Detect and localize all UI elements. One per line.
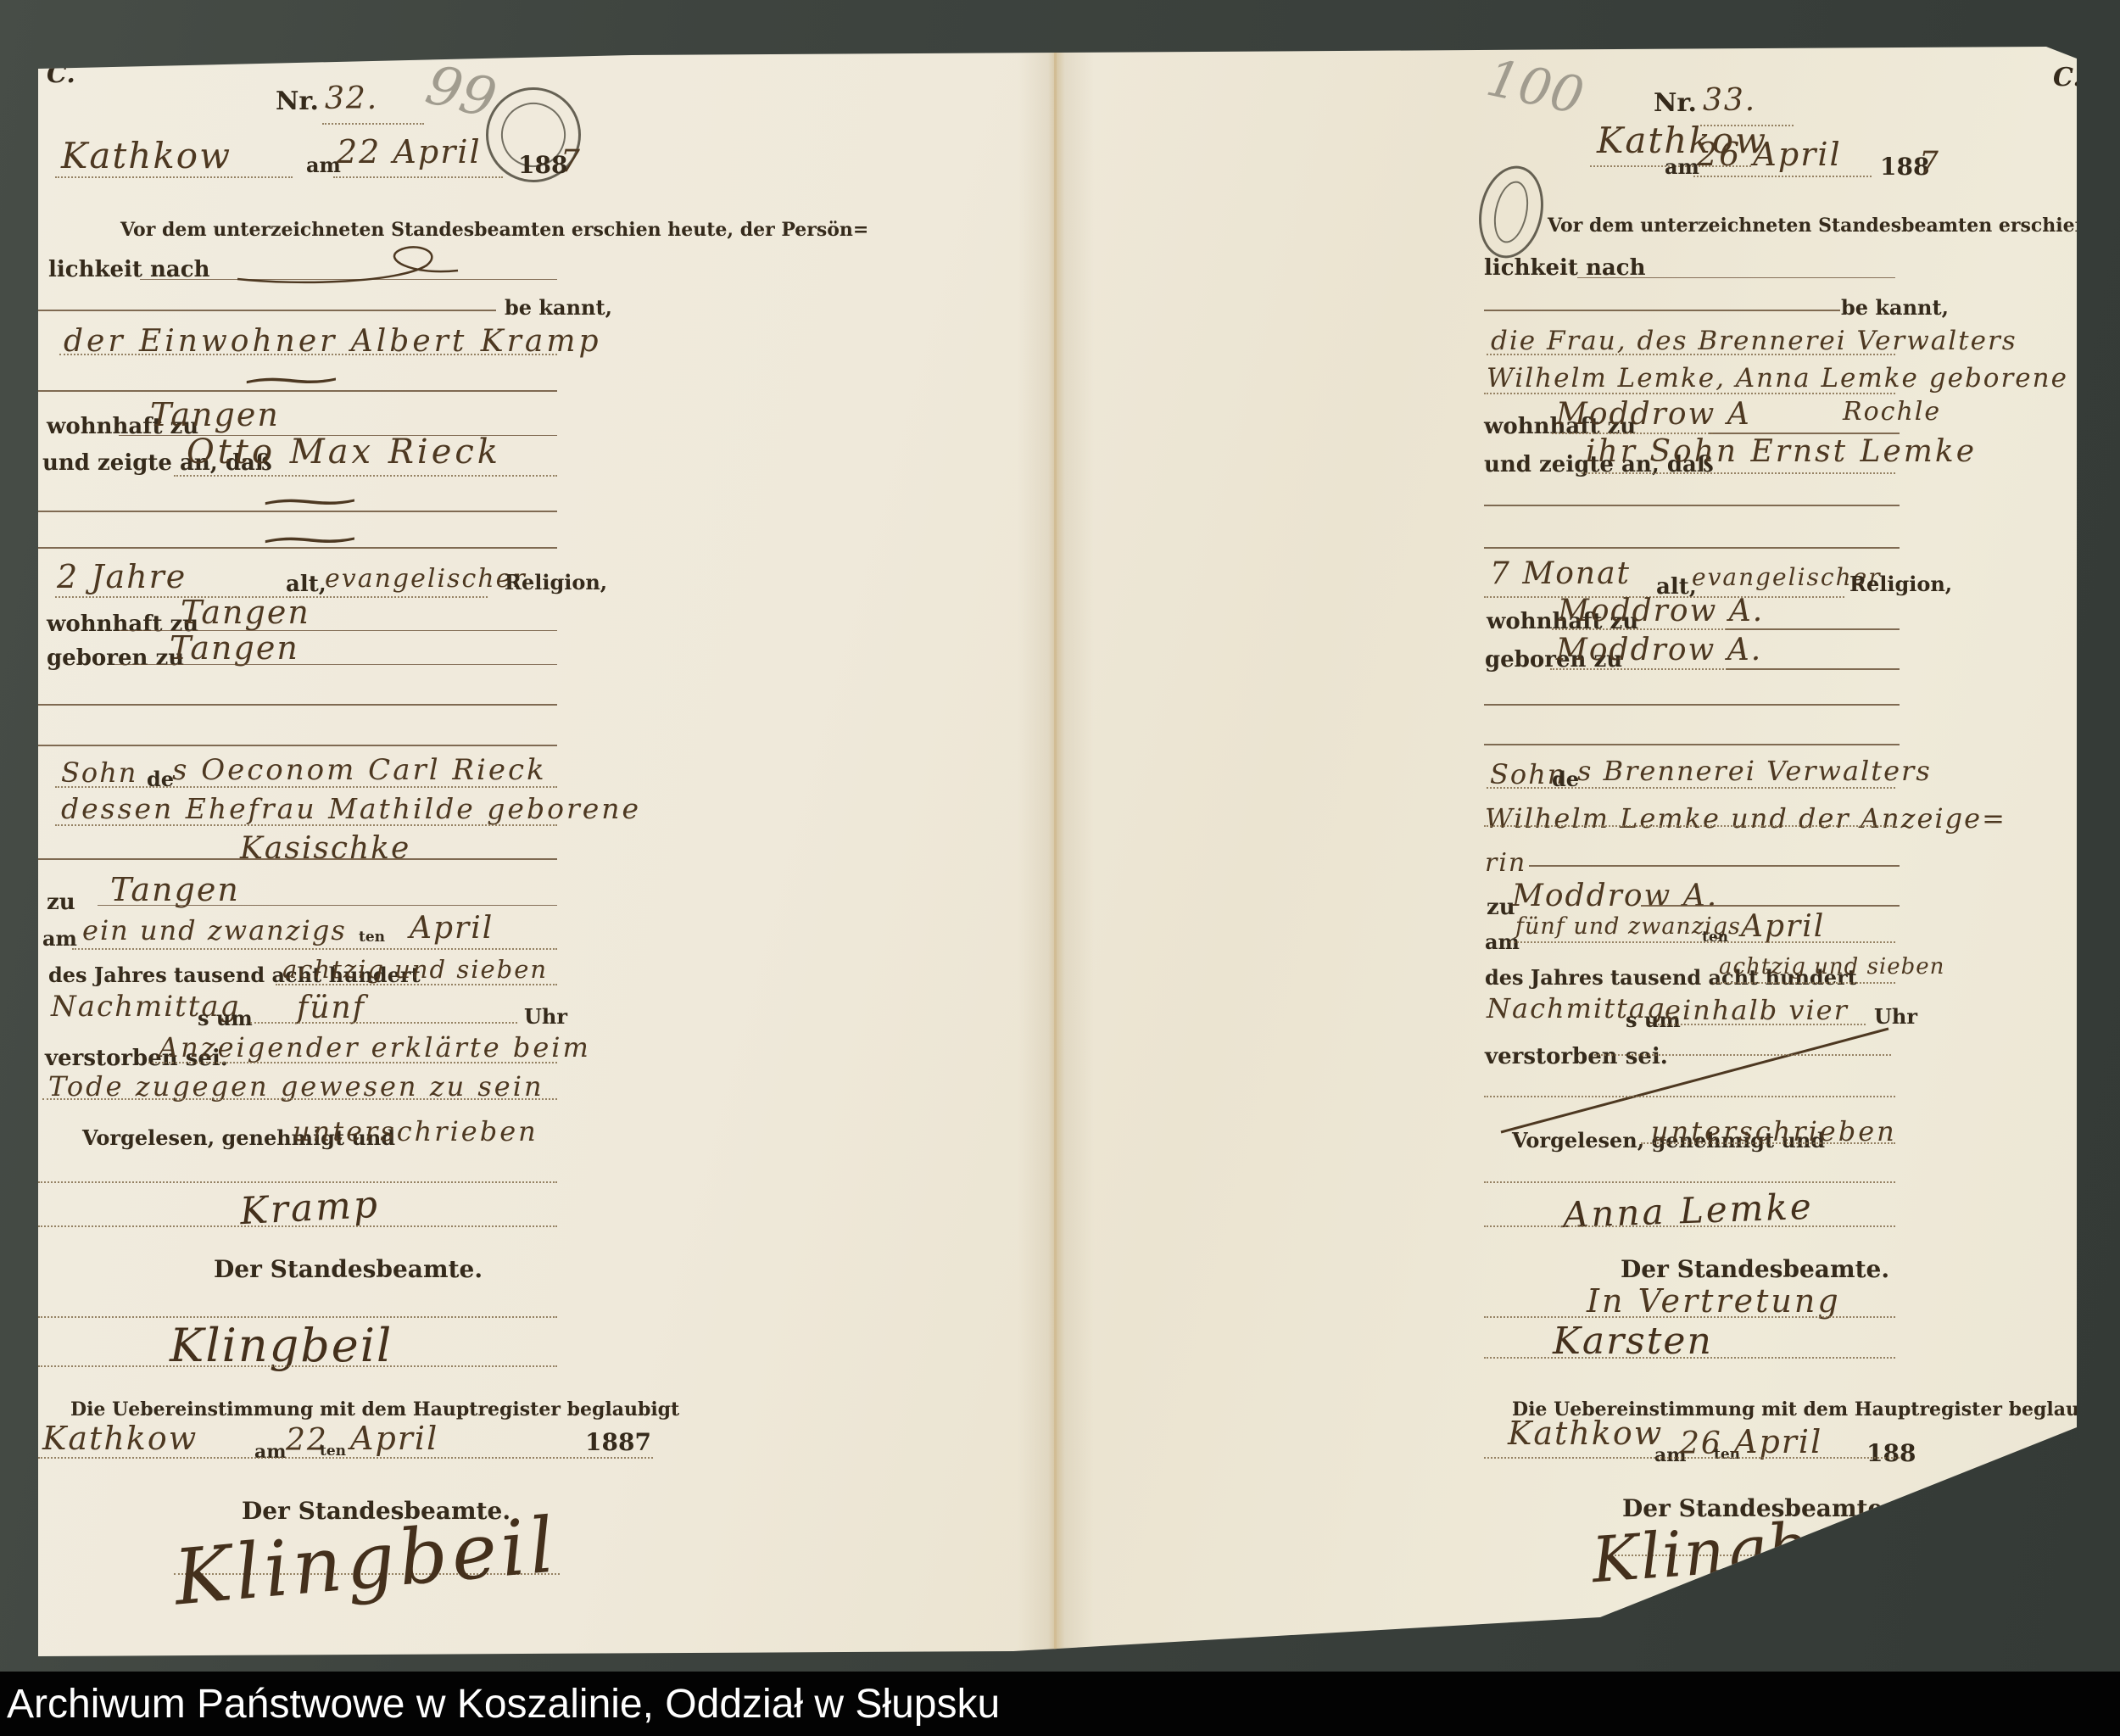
form-rule [1529,865,1900,867]
form-rule [1484,1181,1895,1183]
record-number-label: Nr. [1654,91,1697,116]
archive-caption-bar: Archiwum Państwowe w Koszalinie, Oddział… [0,1672,2120,1736]
registrar-signature: Karsten [1553,1323,1713,1360]
page-corner-letter: C. [2053,65,2082,91]
intro-line-2: lichkeit nach [1484,257,1645,279]
form-rule [1713,982,1895,984]
entry-date: 26 April [1697,138,1842,170]
uhr-label: Uhr [1874,1007,1917,1027]
form-rule [1509,941,1895,943]
form-rule [1484,505,1900,506]
form-rule [1484,1357,1895,1359]
kin-line-3: rin [1485,851,1526,876]
registrar-final-signature: Klingbeil [1590,1509,1894,1593]
form-rule [1484,1225,1895,1227]
form-rule [1484,547,1900,549]
verstorben-label: verstorben sei. [1485,1046,1668,1068]
form-rule [1726,668,1900,670]
declarant-line-1: die Frau, des Brennerei Verwalters [1491,328,2017,354]
certify-year: 188 [1866,1442,1916,1465]
form-rule [1693,176,1872,177]
right-page: C. 100 Nr. 33. Kathkow am 26 April 188 7… [38,47,2078,1658]
form-rule [1484,1316,1895,1318]
declarant-line-2: Wilhelm Lemke, Anna Lemke geborene [1487,366,2068,392]
kin-line-1: s Brennerei Verwalters [1577,757,1932,784]
death-year: achtzig und sieben [1719,956,1944,978]
certify-month: April [1734,1426,1822,1458]
age-value: 7 Monat [1490,559,1631,589]
kin-place: Moddrow A. [1512,881,1718,912]
form-rule [1484,825,1895,827]
form-rule [1484,1457,1900,1459]
entry-year-digit: 7 [1919,148,1940,179]
form-rule [1550,668,1730,670]
form-rule [1484,1096,1895,1097]
form-rule [1726,628,1900,630]
kin-line-2: Wilhelm Lemke und der Anzeige= [1485,805,2006,832]
record-number-value: 33. [1703,86,1756,116]
certify-place: Kathkow [1508,1417,1663,1449]
form-rule [1484,704,1900,706]
form-rule [1552,628,1730,630]
declarant-line-3: Rochle [1843,399,1941,425]
religion-label: Religion, [1849,574,1952,594]
form-rule [1594,1054,1891,1056]
am-label: am [1665,157,1699,177]
deceased-name: ihr Sohn Ernst Lemke [1586,437,1977,467]
residence2-value: Moddrow A. [1558,596,1764,627]
form-rule [1487,787,1895,789]
archivist-pencil-number: 100 [1482,53,1588,123]
form-rule [1641,1142,1895,1144]
bekannt-label: be kannt, [1841,298,1949,318]
form-rule [1658,1024,1866,1025]
registrar-label: Der Standesbeamte. [1621,1258,1889,1281]
hour-value: einhalb vier [1665,996,1849,1024]
form-rule [1577,277,1895,278]
residence-value: Moddrow A [1556,399,1751,430]
archive-caption: Archiwum Państwowe w Koszalinie, Oddział… [0,1681,1000,1728]
birthplace-value: Moddrow A. [1556,635,1762,666]
archive-stamp-icon [1470,160,1551,265]
form-rule [1484,393,1895,394]
signed-word: unterschrieben [1651,1118,1897,1145]
intro-line-1: Vor dem unterzeichneten Standesbeamten e… [1548,216,2120,235]
form-rule [1487,354,1895,355]
form-rule [1641,905,1900,907]
death-month: April [1741,912,1825,942]
deputy-note: In Vertretung [1587,1285,1841,1317]
register-spread: C. Nr. 32. 99 Kathkow am 22 April 188 7 … [38,47,2078,1658]
zu-label: zu [1487,896,1515,918]
form-rule [1484,310,1840,311]
form-rule [1484,744,1900,745]
form-rule [1582,472,1895,474]
